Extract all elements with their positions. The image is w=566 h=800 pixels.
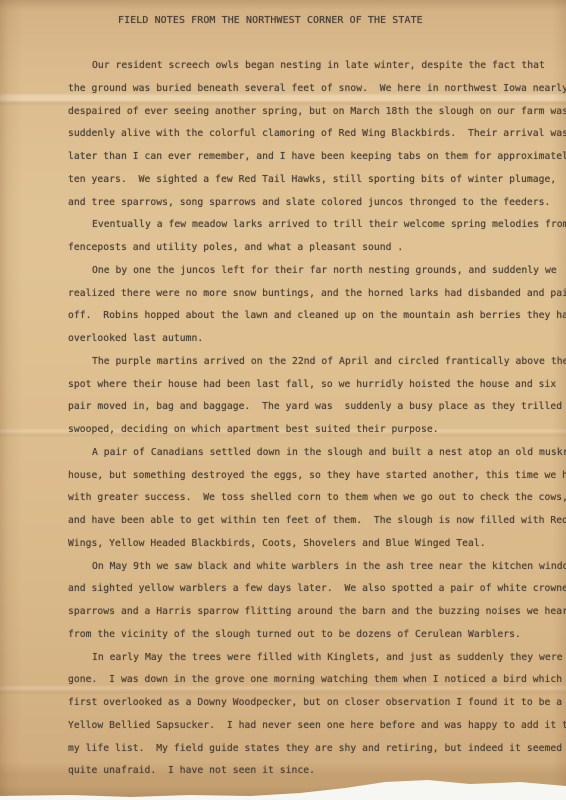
typed-line: One by one the juncos left for their far… <box>68 260 566 283</box>
typed-line: off. Robins hopped about the lawn and cl… <box>68 305 566 328</box>
typed-line: overlooked last autumn. <box>68 328 566 351</box>
typed-line: and sighted yellow warblers a few days l… <box>68 578 566 601</box>
typed-line: sparrows and a Harris sparrow flitting a… <box>68 601 566 624</box>
typed-line: spot where their house had been last fal… <box>68 374 566 397</box>
typed-line: Our resident screech owls began nesting … <box>68 55 566 78</box>
scanned-page-background: FIELD NOTES FROM THE NORTHWEST CORNER OF… <box>0 0 566 800</box>
document-title: FIELD NOTES FROM THE NORTHWEST CORNER OF… <box>118 14 423 28</box>
typed-line: and tree sparrows, song sparrows and sla… <box>68 192 566 215</box>
typed-line: In early May the trees were filled with … <box>68 647 566 670</box>
typed-line: ten years. We sighted a few Red Tail Haw… <box>68 169 566 192</box>
typed-line: Yellow Bellied Sapsucker. I had never se… <box>68 715 566 738</box>
typed-line: quite unafraid. I have not seen it since… <box>68 760 566 783</box>
typed-line: Eventually a few meadow larks arrived to… <box>68 214 566 237</box>
typed-line: swooped, deciding on which apartment bes… <box>68 419 566 442</box>
typed-line: later than I can ever remember, and I ha… <box>68 146 566 169</box>
typed-line: and have been able to get within ten fee… <box>68 510 566 533</box>
typed-line: pair moved in, bag and baggage. The yard… <box>68 396 566 419</box>
typed-line: the ground was buried beneath several fe… <box>68 78 566 101</box>
typed-line: A pair of Canadians settled down in the … <box>68 442 566 465</box>
paper-sheet: FIELD NOTES FROM THE NORTHWEST CORNER OF… <box>0 0 566 800</box>
typed-line: first overlooked as a Downy Woodpecker, … <box>68 692 566 715</box>
typed-line: from the vicinity of the slough turned o… <box>68 624 566 647</box>
typed-line: my life list. My field guide states they… <box>68 738 566 761</box>
typed-line: The purple martins arrived on the 22nd o… <box>68 351 566 374</box>
typed-line: despaired of ever seeing another spring,… <box>68 101 566 124</box>
typed-line: realized there were no more snow bunting… <box>68 283 566 306</box>
typed-line: fenceposts and utility poles, and what a… <box>68 237 566 260</box>
typed-line: with greater success. We toss shelled co… <box>68 487 566 510</box>
typed-text-body: Our resident screech owls began nesting … <box>68 55 566 783</box>
typed-line: house, but something destroyed the eggs,… <box>68 465 566 488</box>
typed-line: Wings, Yellow Headed Blackbirds, Coots, … <box>68 533 566 556</box>
typed-line: On May 9th we saw black and white warble… <box>68 556 566 579</box>
typed-line: gone. I was down in the grove one mornin… <box>68 669 566 692</box>
typed-line: suddenly alive with the colorful clamori… <box>68 123 566 146</box>
